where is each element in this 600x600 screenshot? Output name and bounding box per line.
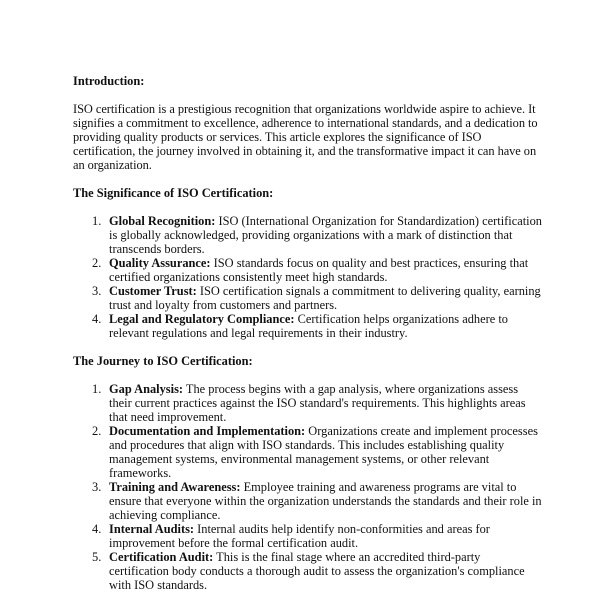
- list-item: 2.Quality Assurance: ISO standards focus…: [73, 256, 543, 284]
- list-term: Gap Analysis:: [109, 382, 183, 396]
- list-item: 3.Customer Trust: ISO certification sign…: [73, 284, 543, 312]
- document-page: Introduction: ISO certification is a pre…: [73, 74, 543, 592]
- significance-list: 1.Global Recognition: ISO (International…: [73, 214, 543, 340]
- list-term: Certification Audit:: [109, 550, 213, 564]
- list-number: 3.: [92, 480, 101, 494]
- list-number: 2.: [92, 424, 101, 438]
- list-term: Legal and Regulatory Compliance:: [109, 312, 295, 326]
- list-term: Quality Assurance:: [109, 256, 211, 270]
- list-number: 4.: [92, 522, 101, 536]
- introduction-paragraph: ISO certification is a prestigious recog…: [73, 102, 543, 172]
- list-number: 1.: [92, 382, 101, 396]
- list-number: 4.: [92, 312, 101, 326]
- list-item: 4.Legal and Regulatory Compliance: Certi…: [73, 312, 543, 340]
- list-item: 1.Gap Analysis: The process begins with …: [73, 382, 543, 424]
- significance-heading: The Significance of ISO Certification:: [73, 186, 543, 200]
- list-number: 2.: [92, 256, 101, 270]
- list-term: Training and Awareness:: [109, 480, 241, 494]
- list-item: 4.Internal Audits: Internal audits help …: [73, 522, 543, 550]
- list-number: 3.: [92, 284, 101, 298]
- list-number: 5.: [92, 550, 101, 564]
- list-item: 3.Training and Awareness: Employee train…: [73, 480, 543, 522]
- list-item: 5.Certification Audit: This is the final…: [73, 550, 543, 592]
- list-term: Documentation and Implementation:: [109, 424, 305, 438]
- introduction-heading: Introduction:: [73, 74, 543, 88]
- list-number: 1.: [92, 214, 101, 228]
- list-item: 2.Documentation and Implementation: Orga…: [73, 424, 543, 480]
- list-term: Customer Trust:: [109, 284, 197, 298]
- list-term: Global Recognition:: [109, 214, 215, 228]
- list-term: Internal Audits:: [109, 522, 194, 536]
- journey-list: 1.Gap Analysis: The process begins with …: [73, 382, 543, 592]
- journey-heading: The Journey to ISO Certification:: [73, 354, 543, 368]
- list-item: 1.Global Recognition: ISO (International…: [73, 214, 543, 256]
